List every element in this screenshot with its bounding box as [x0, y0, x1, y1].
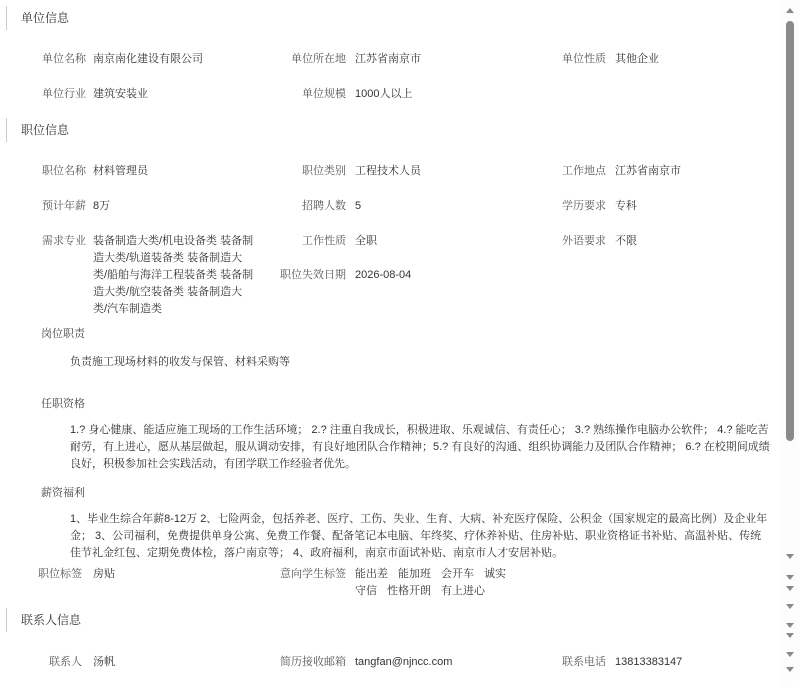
- value: 工程技术人员: [355, 163, 421, 180]
- label: 工作性质: [270, 233, 346, 250]
- email-link[interactable]: tangfan@njncc.com: [355, 654, 452, 671]
- label: 简历接收邮箱: [270, 654, 346, 671]
- benefits-title: 薪资福利: [41, 484, 85, 500]
- value: 专科: [615, 198, 637, 215]
- value: 汤帆: [93, 654, 115, 671]
- scroll-down-arrow-icon[interactable]: [786, 575, 794, 580]
- tag: 能加班: [398, 568, 431, 580]
- label: 外语要求: [540, 233, 606, 250]
- scroll-down-arrow-icon[interactable]: [786, 586, 794, 591]
- section-job-info: 职位信息: [6, 118, 69, 142]
- value: 8万: [93, 198, 110, 215]
- value: 2026-08-04: [355, 267, 411, 284]
- label: 单位名称: [0, 51, 86, 68]
- benefits-text: 1、毕业生综合年薪8-12万 2、七险两金，包括养老、医疗、工伤、失业、生育、大…: [70, 511, 770, 562]
- label: 联系人: [0, 654, 82, 671]
- value: 南京南化建设有限公司: [93, 51, 203, 68]
- tag: 会开车: [441, 568, 474, 580]
- label: 职位标签: [0, 566, 82, 583]
- value: 13813383147: [615, 654, 682, 671]
- tag: 能出差: [355, 568, 388, 580]
- tag: 有上进心: [441, 585, 485, 597]
- value: 5: [355, 198, 361, 215]
- value: 1000人以上: [355, 86, 412, 103]
- section-company-info: 单位信息: [6, 6, 69, 30]
- student-tags: 能出差能加班会开车诚实守信性格开朗有上进心: [355, 566, 515, 600]
- section-contact-info: 联系人信息: [6, 608, 81, 632]
- label: 职位名称: [0, 163, 86, 180]
- label: 意向学生标签: [270, 566, 346, 583]
- label: 联系电话: [540, 654, 606, 671]
- value: 江苏省南京市: [615, 163, 681, 180]
- label: 单位行业: [0, 86, 86, 103]
- value: 不限: [615, 233, 637, 250]
- value: 江苏省南京市: [355, 51, 421, 68]
- job-tags: 房贴: [93, 566, 125, 583]
- label: 预计年薪: [0, 198, 86, 215]
- duties-title: 岗位职责: [41, 325, 85, 341]
- label: 单位规模: [270, 86, 346, 103]
- label: 职位类别: [270, 163, 346, 180]
- value: 其他企业: [615, 51, 659, 68]
- tag: 性格开朗: [387, 585, 431, 597]
- label: 职位失效日期: [270, 267, 346, 284]
- scroll-down-arrow-icon[interactable]: [786, 604, 794, 609]
- value: 建筑安装业: [93, 86, 148, 103]
- value: 装备制造大类/机电设备类 装备制造大类/轨道装备类 装备制造大类/船舶与海洋工程…: [93, 233, 255, 318]
- label: 单位所在地: [270, 51, 346, 68]
- label: 学历要求: [540, 198, 606, 215]
- duties-text: 负责施工现场材料的收发与保管、材料采购等: [70, 354, 760, 371]
- label: 需求专业: [0, 233, 86, 250]
- label: 工作地点: [540, 163, 606, 180]
- label: 单位性质: [540, 51, 606, 68]
- requirements-text: 1.? 身心健康、能适应施工现场的工作生活环境； 2.? 注重自我成长，积极进取…: [70, 422, 770, 473]
- scroll-down-arrow-icon[interactable]: [786, 652, 794, 657]
- scroll-down-arrow-icon[interactable]: [786, 633, 794, 638]
- scroll-down-arrow-icon[interactable]: [786, 623, 794, 628]
- tag: 房贴: [93, 568, 115, 580]
- vertical-scrollbar[interactable]: [781, 0, 799, 687]
- requirements-title: 任职资格: [41, 395, 85, 411]
- value: 全职: [355, 233, 377, 250]
- value: 材料管理员: [93, 163, 148, 180]
- scrollbar-thumb[interactable]: [786, 21, 794, 441]
- scroll-down-arrow-icon[interactable]: [786, 667, 794, 672]
- scroll-down-arrow-icon[interactable]: [786, 554, 794, 559]
- scroll-up-arrow-icon[interactable]: [786, 8, 794, 13]
- label: 招聘人数: [270, 198, 346, 215]
